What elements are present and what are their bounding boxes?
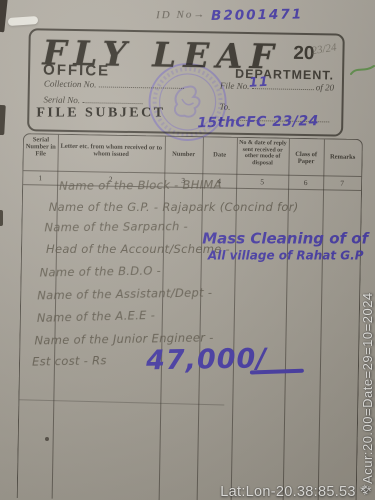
col-header-number: Number: [165, 151, 203, 159]
column-divider: [318, 139, 325, 500]
column-divider: [231, 138, 238, 500]
entry-block: Name of the Block - BHIMA: [59, 177, 222, 192]
entry-sarpanch: Name of the Sarpanch -: [44, 219, 188, 234]
serial-no-line: [82, 94, 142, 104]
form-year-handwritten: 23/24: [311, 41, 338, 57]
col-header-class: Class of Paper: [289, 151, 324, 166]
document-photo: ID No→ B2001471 FLY LEAF 20 23/24 OFFICE…: [0, 0, 375, 500]
col-num: 6: [288, 177, 323, 190]
ink-dot: [45, 437, 49, 441]
col-header-reply: No & date of reply sent received or othe…: [236, 140, 288, 167]
serial-no-row: Serial No.: [44, 93, 143, 106]
form-header-box: FLY LEAF 20 23/24 OFFICE DEPARTMENT. Col…: [27, 28, 345, 136]
entry-est-cost: Est cost - Rs: [32, 353, 107, 368]
id-note-label: ID No→: [156, 8, 206, 21]
file-no-handwritten: 11: [248, 75, 269, 91]
file-no-row: File No. of 20: [220, 80, 334, 93]
col-num: 7: [323, 177, 361, 190]
ink-work-name-line2: All village of Rahat G.P: [208, 249, 364, 263]
green-pen-mark: [350, 62, 375, 80]
col-header-remarks: Remarks: [324, 153, 362, 161]
entry-gp: Name of the G.P. - Rajapark (Concind for…: [49, 200, 299, 214]
col-header-serial: Serial Number in File: [24, 136, 58, 158]
col-num: 5: [236, 176, 288, 189]
col-num: 1: [23, 172, 57, 185]
ink-work-name-line1: Mass Cleaning of of: [202, 230, 368, 248]
gps-watermark-bottom: Lat:Lon-20.38:85.53 **: [220, 484, 372, 500]
column-divider: [283, 139, 290, 500]
id-note-value: B2001471: [211, 6, 303, 24]
serial-no-label: Serial No.: [44, 94, 81, 105]
fly-leaf-form: ID No→ B2001471 FLY LEAF 20 23/24 OFFICE…: [0, 0, 375, 500]
collection-no-label: Collection No.: [44, 78, 97, 89]
col-header-date: Date: [203, 151, 237, 159]
col-header-letter: Letter etc. from whom received or to who…: [58, 143, 165, 159]
entry-bdo: Name of the B.D.O -: [39, 263, 161, 279]
file-no-suffix: of 20: [316, 82, 334, 92]
gps-watermark-side: **Acur:20.00=Date=29=10=2024: [360, 295, 375, 495]
photo-edge-mark: [0, 210, 3, 226]
